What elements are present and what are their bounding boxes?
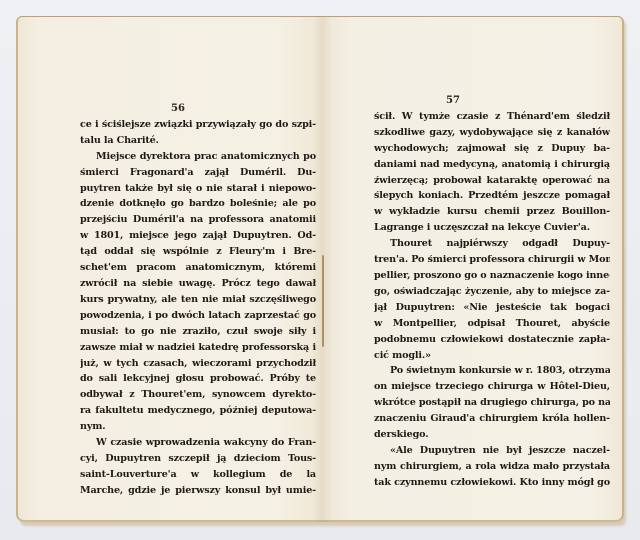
text-line: cyi, Dupuytren szczepił ją dzieciom Tous… bbox=[80, 451, 316, 467]
text-line: W czasie wprowadzenia wakcyny do Fran- bbox=[80, 435, 316, 451]
text-line: nym chirurgiem, a rola widza mało przyst… bbox=[374, 459, 610, 475]
text-line: Po świetnym konkursie w r. 1803, otrzyma… bbox=[374, 363, 610, 379]
text-line: podobnemu człowiekowi dostatecznie zapła… bbox=[374, 332, 610, 348]
text-line: on miejsce trzeciego chirurga w Hôtel-Di… bbox=[374, 379, 610, 395]
left-page: 56 ce i ściślejsze związki przywiązały g… bbox=[16, 16, 322, 522]
page-number-spacer bbox=[374, 93, 610, 109]
open-book: 56 ce i ściślejsze związki przywiązały g… bbox=[16, 16, 624, 522]
text-line: już, w tych czasach, wieczorami przychod… bbox=[80, 356, 316, 372]
text-line: ślepych koniach. Przedtém jeszcze pomaga… bbox=[374, 188, 610, 204]
text-line: śmierci Fragonard'a zajął Duméril. Du- bbox=[80, 165, 316, 181]
text-line: go, oświadczając życzenie, aby to miejsc… bbox=[374, 284, 610, 300]
right-page: 57 ścił. W tymże czasie z Thénard'em śle… bbox=[322, 16, 624, 522]
right-page-text: ścił. W tymże czasie z Thénard'em śledzi… bbox=[374, 93, 610, 491]
text-line: powodzenia, i po dwóch latach zaprzestać… bbox=[80, 308, 316, 324]
text-line: w Montpellier, odpisał Thouret, abyście bbox=[374, 316, 610, 332]
text-line: wychodowych; zajmował się z Dupuy ba- bbox=[374, 141, 610, 157]
text-line: nym. bbox=[80, 419, 316, 435]
text-line: znaczeniu Giraud'a chirurgiem króla holl… bbox=[374, 411, 610, 427]
text-line: zawsze miał w nadziei katedrę professors… bbox=[80, 340, 316, 356]
text-line: pellier, proszono go o naznaczenie kogo … bbox=[374, 268, 610, 284]
text-line: ra fakultetu medycznego, później deputow… bbox=[80, 403, 316, 419]
text-line: w 1801, miejsce jego zajął Dupuytren. Od… bbox=[80, 228, 316, 244]
text-line: przejściu Duméril'a na professora anatom… bbox=[80, 212, 316, 228]
text-line: Marche, gdzie je pierwszy konsul był umi… bbox=[80, 483, 316, 499]
text-line: jął Dupuytren: «Nie jesteście tak bogaci bbox=[374, 300, 610, 316]
text-line: talu la Charité. bbox=[80, 133, 316, 149]
text-line: saint-Louverture'a w kollegium de la bbox=[80, 467, 316, 483]
text-line: schet'em pracom anatomicznym, któremi bbox=[80, 260, 316, 276]
text-line: Thouret najpiérwszy odgadł Dupuy- bbox=[374, 236, 610, 252]
text-line: kurs prywatny, ale ten nie miał szczęśli… bbox=[80, 292, 316, 308]
text-line: dzenie dotknęło go bardzo boleśnie; ale … bbox=[80, 196, 316, 212]
text-line: «Ale Dupuytren nie był jeszcze naczel- bbox=[374, 443, 610, 459]
text-line: ce i ściślejsze związki przywiązały go d… bbox=[80, 117, 316, 133]
text-line: puytren także był się o nie starał i nie… bbox=[80, 181, 316, 197]
text-line: tren'a. Po śmierci professora chirurgii … bbox=[374, 252, 610, 268]
text-line: wkrótce postąpił na drugiego chirurga, p… bbox=[374, 395, 610, 411]
text-line: daniami nad medycyną, anatomią i chirurg… bbox=[374, 157, 610, 173]
left-page-text: ce i ściślejsze związki przywiązały go d… bbox=[80, 101, 316, 499]
text-line: Miejsce dyrektora prac anatomicznych po bbox=[80, 149, 316, 165]
text-line: Lagrange i uczęszczał na lekcye Cuvier'a… bbox=[374, 220, 610, 236]
text-line: cić mogli.» bbox=[374, 348, 610, 364]
text-line: ścił. W tymże czasie z Thénard'em śledzi… bbox=[374, 109, 610, 125]
text-line: w wykładzie kursu chemii przez Bouillon- bbox=[374, 204, 610, 220]
page-number-spacer bbox=[80, 101, 316, 117]
text-line: musiał: to go nie zraziło, czuł swoje si… bbox=[80, 324, 316, 340]
text-line: tak czynnemu człowiekowi. Kto inny mógł … bbox=[374, 475, 610, 491]
text-line: źwierzęcą; probował kataraktę operować n… bbox=[374, 173, 610, 189]
text-line: odbywał z Thouret'em, synowcem dyrekto- bbox=[80, 387, 316, 403]
text-line: szkodliwe gazy, wydobywające się z kanał… bbox=[374, 125, 610, 141]
text-line: tąd oddał się wspólnie z Fleury'm i Bre- bbox=[80, 244, 316, 260]
binding-thread bbox=[322, 255, 324, 347]
text-line: do sali lekcyjnej głosu probować. Próby … bbox=[80, 371, 316, 387]
text-line: derskiego. bbox=[374, 427, 610, 443]
text-line: zwrócił na siebie uwagę. Prócz tego dawa… bbox=[80, 276, 316, 292]
